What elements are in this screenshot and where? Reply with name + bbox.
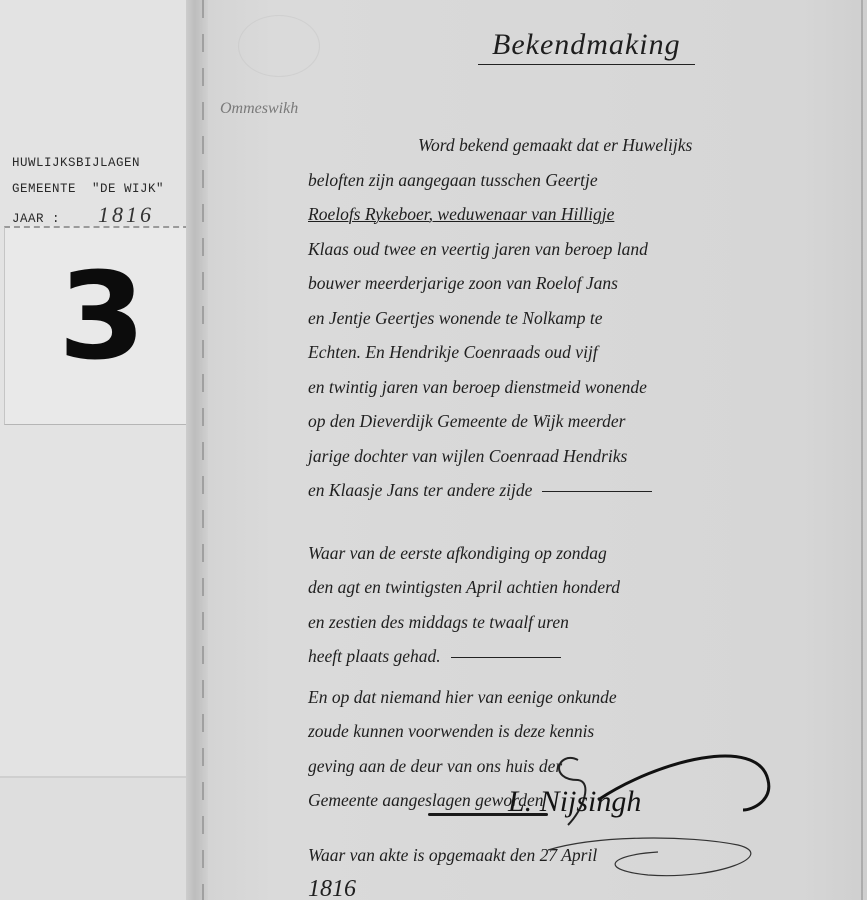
signature-stroke xyxy=(428,813,548,816)
proclamation-paragraph: Waar van de eerste afkondiging op zondag… xyxy=(308,536,858,674)
text-line-content: en Klaasje Jans ter andere zijde xyxy=(308,480,532,500)
text-line: Echten. En Hendrikje Coenraads oud vijf xyxy=(308,335,858,370)
archive-label: HUWLIJKSBIJLAGEN GEMEENTE "DE WIJK" JAAR… xyxy=(12,150,164,232)
collection-label: HUWLIJKSBIJLAGEN xyxy=(12,150,164,176)
text-line: op den Dieverdijk Gemeente de Wijk meerd… xyxy=(308,404,858,439)
book-binding-gutter xyxy=(186,0,208,900)
announcement-paragraph: Word bekend gemaakt dat er Huwelijks bel… xyxy=(308,128,858,508)
text-line-content: heeft plaats gehad. xyxy=(308,646,441,666)
paper-watermark xyxy=(238,15,320,77)
document-title: Bekendmaking xyxy=(478,28,695,65)
document-page: Ommeswikh Bekendmaking Word bekend gemaa… xyxy=(208,0,867,900)
archive-label-strip: HUWLIJKSBIJLAGEN GEMEENTE "DE WIJK" JAAR… xyxy=(0,0,200,900)
text-line: heeft plaats gehad. xyxy=(308,639,858,674)
text-line: Klaas oud twee en veertig jaren van bero… xyxy=(308,232,858,267)
text-line: en Jentje Geertjes wonende te Nolkamp te xyxy=(308,301,858,336)
year-value: 1816 xyxy=(98,202,154,228)
text-line: jarige dochter van wijlen Coenraad Hendr… xyxy=(308,439,858,474)
municipality-value: "DE WIJK" xyxy=(92,176,164,202)
text-line: en Klaasje Jans ter andere zijde xyxy=(308,473,858,508)
text-line: Word bekend gemaakt dat er Huwelijks xyxy=(308,128,858,163)
index-number-card: 3 xyxy=(4,226,199,425)
margin-note: Ommeswikh xyxy=(220,100,298,118)
text-line: En op dat niemand hier van eenige onkund… xyxy=(308,680,858,715)
municipality-row: GEMEENTE "DE WIJK" xyxy=(12,176,164,202)
lower-paper xyxy=(0,778,186,900)
text-line: den agt en twintigsten April achtien hon… xyxy=(308,570,858,605)
text-line: en twintig jaren van beroep dienstmeid w… xyxy=(308,370,858,405)
text-line: en zestien des middags te twaalf uren xyxy=(308,605,858,640)
text-line: bouwer meerderjarige zoon van Roelof Jan… xyxy=(308,266,858,301)
text-line: Roelofs Rykeboer, weduwenaar van Hilligj… xyxy=(308,197,858,232)
line-filler-stroke xyxy=(451,657,561,658)
municipality-label: GEMEENTE xyxy=(12,176,76,202)
line-filler-stroke xyxy=(542,491,652,492)
text-line: beloften zijn aangegaan tusschen Geertje xyxy=(308,163,858,198)
text-line: Waar van de eerste afkondiging op zondag xyxy=(308,536,858,571)
date-year: 1816 xyxy=(308,872,366,900)
signature: L. Nijsingh xyxy=(508,785,641,819)
page-edge xyxy=(861,0,863,900)
index-number: 3 xyxy=(0,248,204,387)
